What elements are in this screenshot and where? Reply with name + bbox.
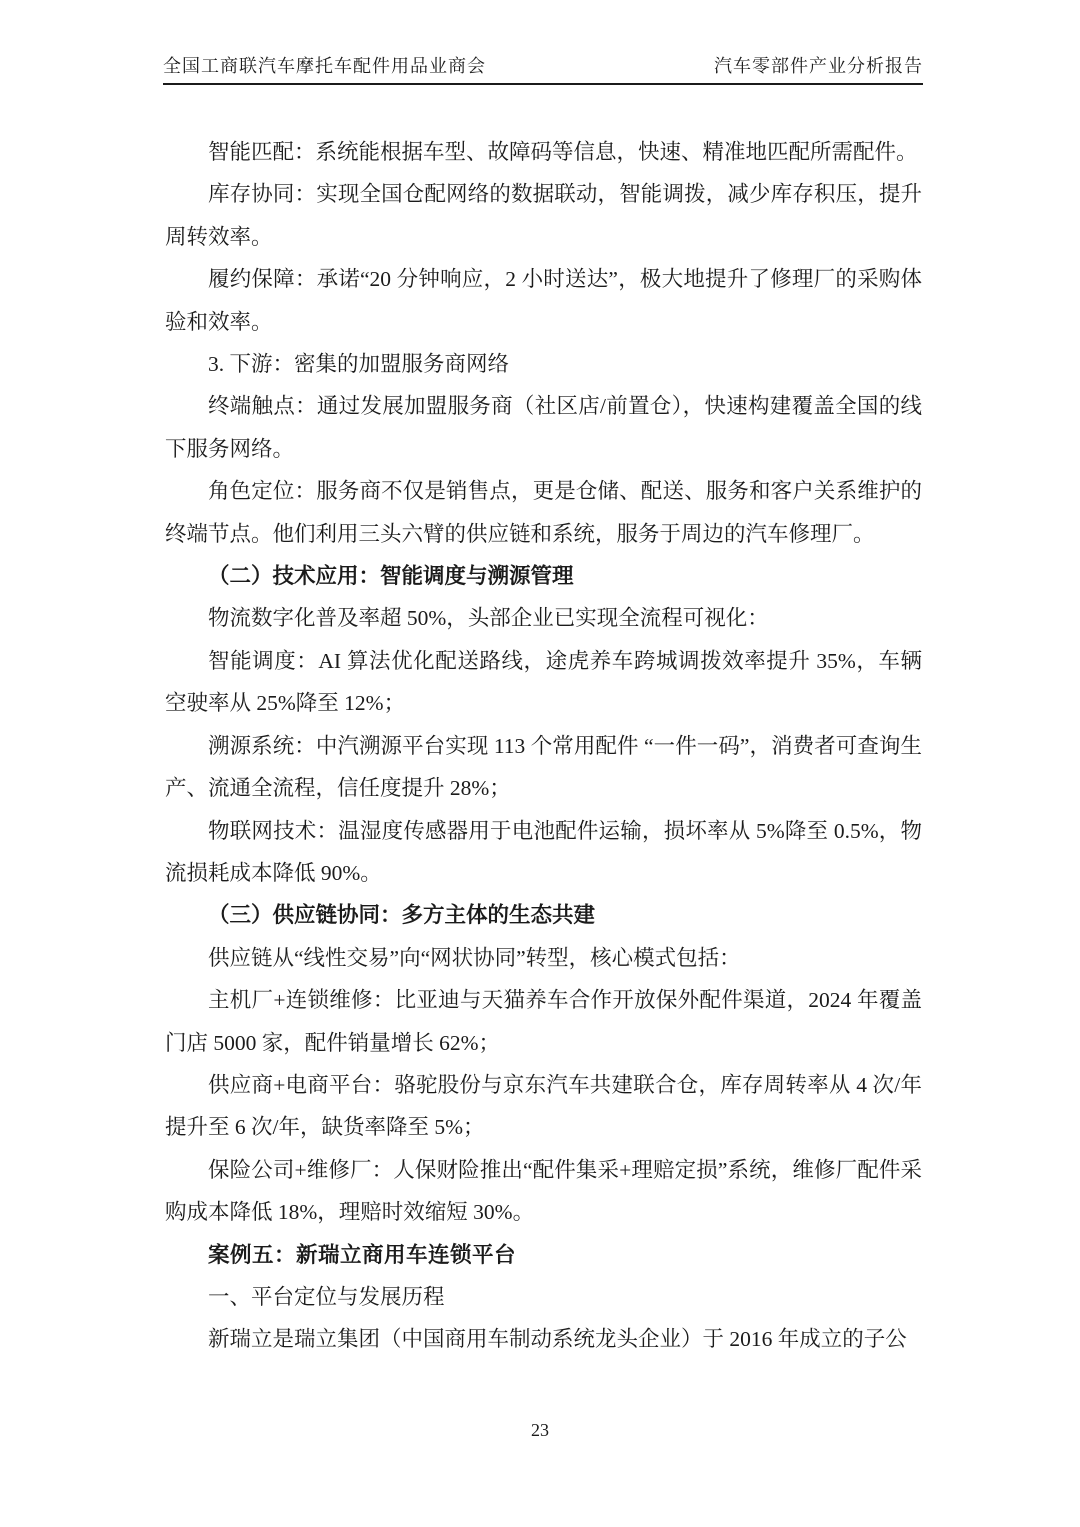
header-right-title: 汽车零部件产业分析报告 bbox=[714, 52, 923, 78]
section-heading: （三）供应链协同：多方主体的生态共建 bbox=[165, 894, 922, 936]
paragraph: 角色定位：服务商不仅是销售点，更是仓储、配送、服务和客户关系维护的终端节点。他们… bbox=[165, 470, 922, 555]
page-number: 23 bbox=[531, 1420, 549, 1440]
document-page: 全国工商联汽车摩托车配件用品业商会 汽车零部件产业分析报告 智能匹配：系统能根据… bbox=[0, 0, 1080, 1527]
paragraph: 履约保障：承诺“20 分钟响应，2 小时送达”，极大地提升了修理厂的采购体验和效… bbox=[165, 258, 922, 343]
section-heading: （二）技术应用：智能调度与溯源管理 bbox=[165, 555, 922, 597]
paragraph: 新瑞立是瑞立集团（中国商用车制动系统龙头企业）于 2016 年成立的子公 bbox=[165, 1318, 922, 1360]
paragraph: 主机厂+连锁维修：比亚迪与天猫养车合作开放保外配件渠道，2024 年覆盖门店 5… bbox=[165, 979, 922, 1064]
paragraph: 供应商+电商平台：骆驼股份与京东汽车共建联合仓，库存周转率从 4 次/年提升至 … bbox=[165, 1064, 922, 1149]
document-body: 智能匹配：系统能根据车型、故障码等信息，快速、精准地匹配所需配件。库存协同：实现… bbox=[165, 131, 922, 1361]
page-header: 全国工商联汽车摩托车配件用品业商会 汽车零部件产业分析报告 bbox=[163, 52, 923, 85]
header-left-title: 全国工商联汽车摩托车配件用品业商会 bbox=[163, 52, 486, 78]
paragraph: 物流数字化普及率超 50%，头部企业已实现全流程可视化： bbox=[165, 597, 922, 639]
paragraph: 智能匹配：系统能根据车型、故障码等信息，快速、精准地匹配所需配件。 bbox=[165, 131, 922, 173]
paragraph: 3. 下游：密集的加盟服务商网络 bbox=[165, 343, 922, 385]
paragraph: 供应链从“线性交易”向“网状协同”转型，核心模式包括： bbox=[165, 937, 922, 979]
paragraph: 物联网技术：温湿度传感器用于电池配件运输，损坏率从 5%降至 0.5%，物流损耗… bbox=[165, 810, 922, 895]
section-heading: 一、平台定位与发展历程 bbox=[165, 1276, 922, 1318]
page-footer: 23 bbox=[0, 1420, 1080, 1441]
paragraph: 溯源系统：中汽溯源平台实现 113 个常用配件 “一件一码”，消费者可查询生产、… bbox=[165, 725, 922, 810]
paragraph: 保险公司+维修厂：人保财险推出“配件集采+理赔定损”系统，维修厂配件采购成本降低… bbox=[165, 1149, 922, 1234]
paragraph: 智能调度：AI 算法优化配送路线，途虎养车跨城调拨效率提升 35%，车辆空驶率从… bbox=[165, 640, 922, 725]
paragraph: 库存协同：实现全国仓配网络的数据联动，智能调拨，减少库存积压，提升周转效率。 bbox=[165, 173, 922, 258]
paragraph: 终端触点：通过发展加盟服务商（社区店/前置仓），快速构建覆盖全国的线下服务网络。 bbox=[165, 385, 922, 470]
section-heading: 案例五：新瑞立商用车连锁平台 bbox=[165, 1234, 922, 1276]
